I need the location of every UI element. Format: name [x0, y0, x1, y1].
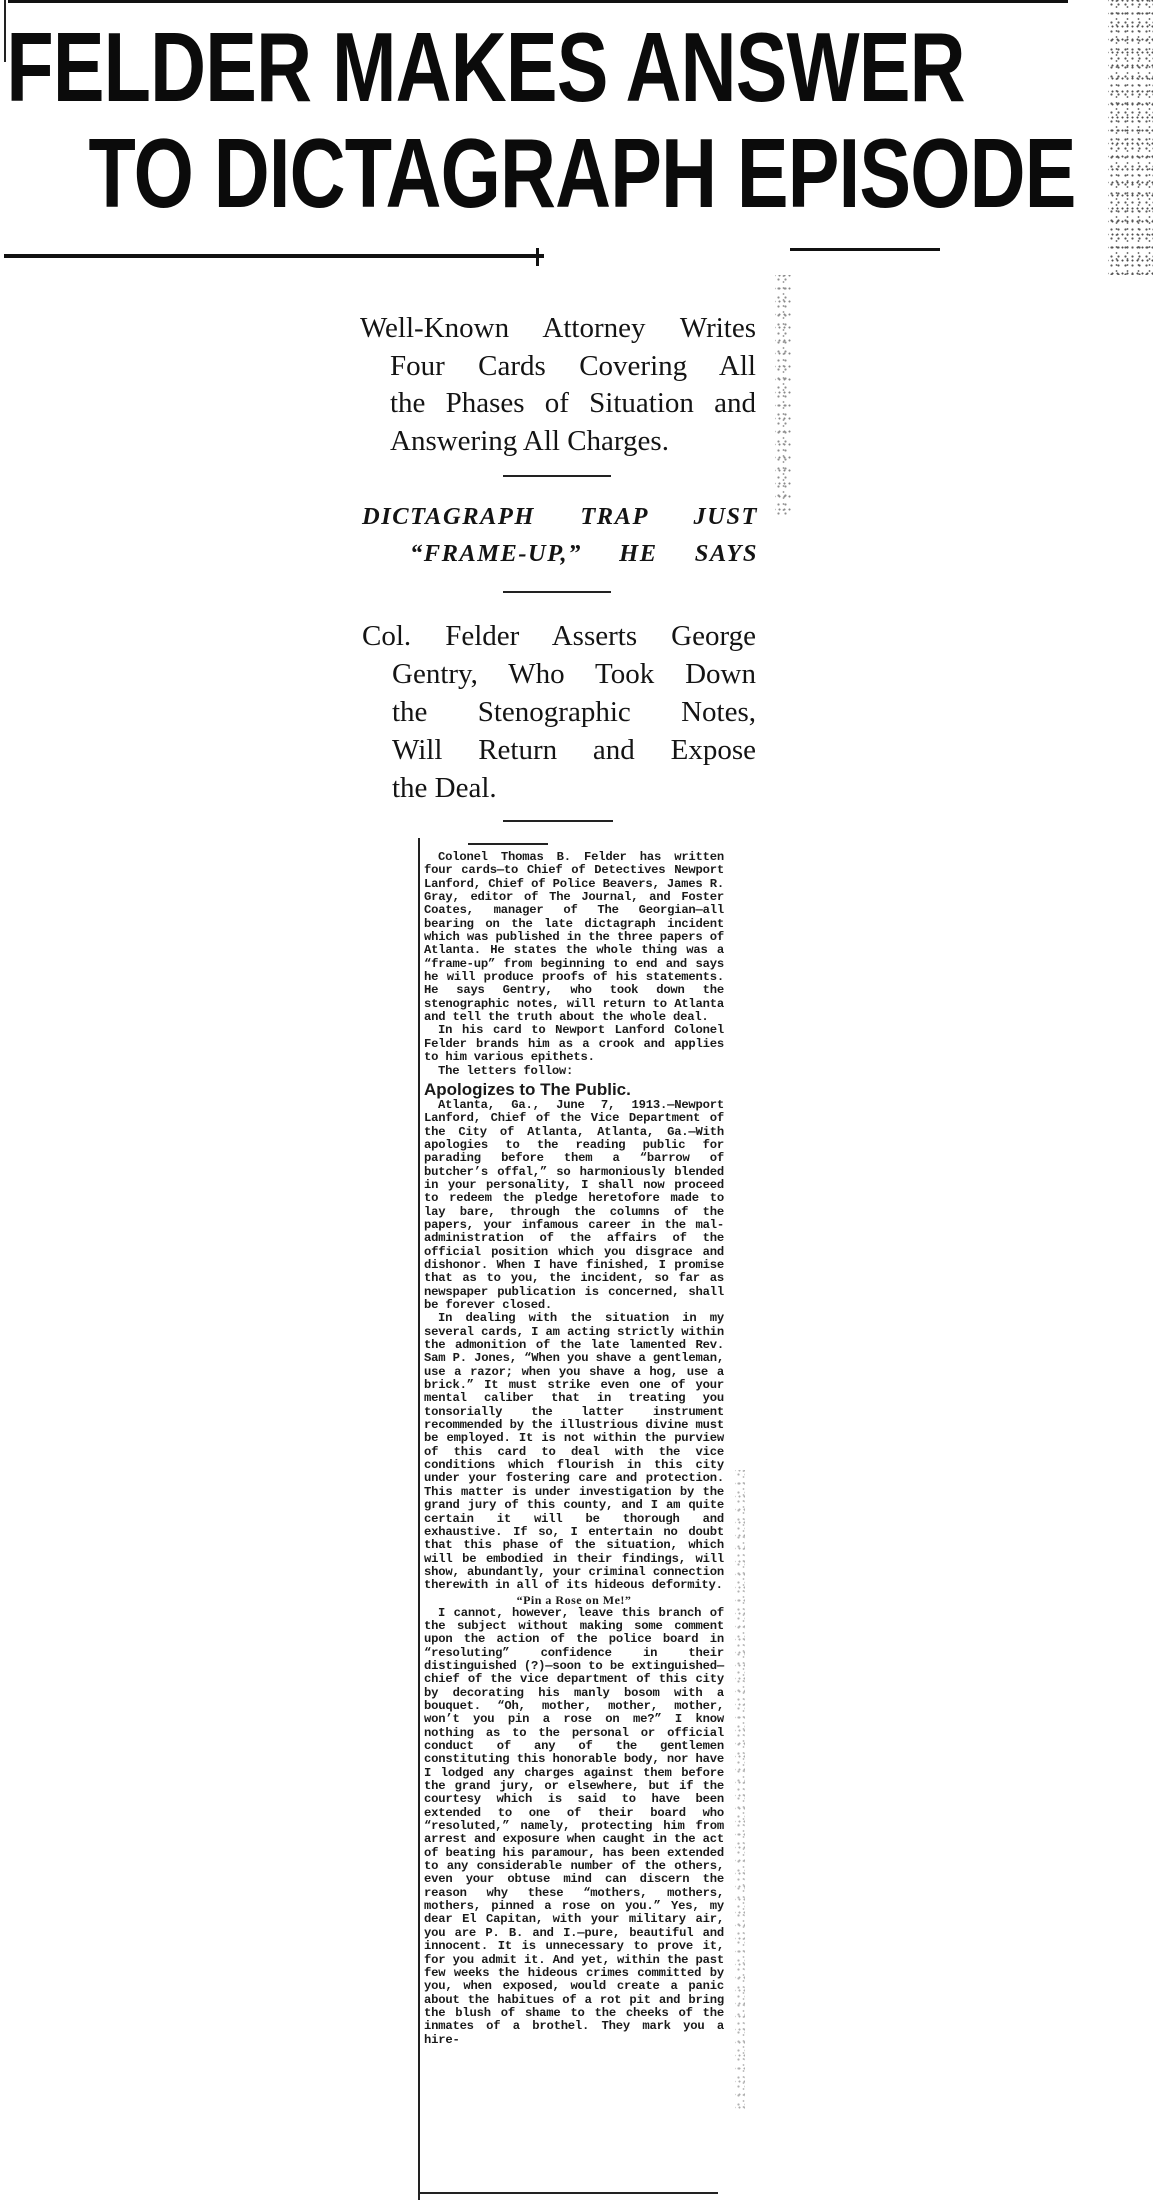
headline: FELDER MAKES ANSWER TO DICTAGRAPH EPISOD… [0, 14, 1100, 226]
deck-line: the Deal. [362, 769, 756, 807]
deck-line: Col. Felder Asserts George [362, 617, 756, 655]
deck-line: DICTAGRAPH TRAP JUST [362, 498, 758, 535]
subheadline-deck-3: Col. Felder Asserts George Gentry, Who T… [362, 617, 756, 807]
headline-rule [4, 254, 544, 258]
section-subhead: “Pin a Rose on Me!” [424, 1593, 724, 1607]
column-head-rule [468, 843, 548, 845]
deck-line: Answering All Charges. [360, 423, 756, 461]
column-rule [418, 838, 420, 2200]
deck-line: Gentry, Who Took Down [362, 655, 756, 693]
deck-divider [503, 820, 613, 822]
headline-rule [790, 248, 940, 251]
deck-divider [503, 475, 611, 477]
article-paragraph: Colonel Thomas B. Felder has written fou… [424, 851, 724, 1024]
article-paragraph: In dealing with the situation in my seve… [424, 1312, 724, 1592]
deck-divider [503, 591, 611, 593]
section-subhead: Apologizes to The Public. [424, 1080, 724, 1099]
subheadline-deck-2: DICTAGRAPH TRAP JUST “FRAME-UP,” HE SAYS [362, 498, 758, 572]
article-paragraph: Atlanta, Ga., June 7, 1913.—Newport Lanf… [424, 1099, 724, 1313]
deck-line: Four Cards Covering All [360, 348, 756, 386]
article-paragraph: The letters follow: [424, 1065, 724, 1078]
subheadline-deck-1: Well-Known Attorney Writes Four Cards Co… [360, 310, 756, 460]
scan-noise [775, 275, 791, 515]
top-rule [8, 0, 1068, 3]
article-paragraph: In his card to Newport Lanford Colonel F… [424, 1024, 724, 1064]
column-bottom-rule [418, 2192, 718, 2194]
headline-line-2: TO DICTAGRAPH EPISODE [0, 120, 869, 226]
article-body: Colonel Thomas B. Felder has written fou… [424, 851, 724, 2047]
deck-line: the Phases of Situation and [360, 385, 756, 423]
headline-rule-tick [536, 248, 539, 266]
deck-line: Will Return and Expose [362, 731, 756, 769]
deck-line: the Stenographic Notes, [362, 693, 756, 731]
scan-noise [1108, 0, 1153, 275]
deck-line: Well-Known Attorney Writes [360, 310, 756, 348]
deck-line: “FRAME-UP,” HE SAYS [362, 535, 758, 572]
article-paragraph: I cannot, however, leave this branch of … [424, 1607, 724, 2047]
headline-line-1: FELDER MAKES ANSWER [0, 14, 869, 120]
scan-noise [735, 1470, 745, 2110]
